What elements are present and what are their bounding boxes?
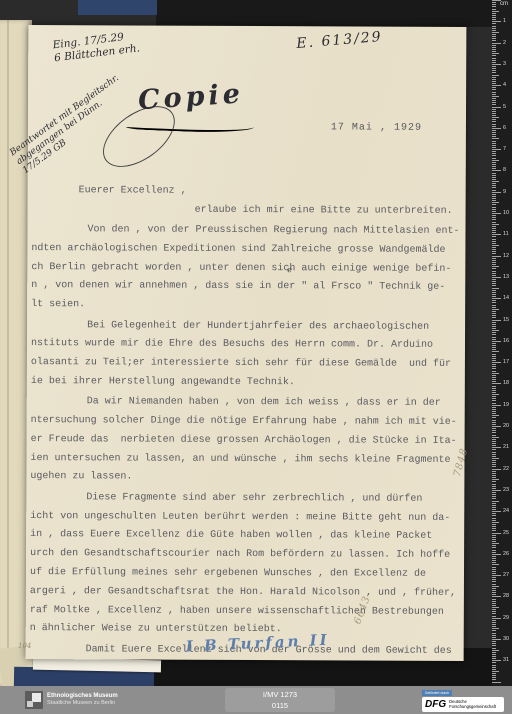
ruler-number: 16 — [503, 338, 509, 344]
ruler-tick — [492, 599, 496, 600]
ruler-tick — [492, 158, 496, 159]
digitization-footer-bar: Ethnologisches Museum Staatliche Museen … — [0, 686, 512, 714]
ruler-tick — [492, 322, 496, 323]
ruler-tick — [492, 501, 499, 502]
ruler-tick — [492, 0, 501, 1]
ruler-tick — [492, 360, 496, 361]
ruler-tick — [492, 620, 496, 621]
ruler-tick — [492, 273, 496, 274]
ruler-tick — [492, 345, 496, 346]
ruler-tick — [492, 43, 501, 44]
ruler-tick — [492, 452, 496, 453]
ruler-tick — [492, 192, 501, 193]
ruler-tick — [492, 275, 496, 276]
ruler-tick — [492, 624, 496, 625]
ruler-number: 25 — [503, 530, 509, 536]
ruler-tick — [492, 590, 496, 591]
ruler-tick — [492, 249, 496, 250]
ruler-tick — [492, 253, 496, 254]
ruler-tick — [492, 368, 496, 369]
ruler-tick — [492, 19, 496, 20]
ruler-number: 22 — [503, 466, 509, 472]
ruler-number: 7 — [503, 146, 506, 152]
ruler-tick — [492, 526, 496, 527]
ruler-tick — [492, 641, 496, 642]
ruler-number: 20 — [503, 423, 509, 429]
ruler-tick — [492, 124, 496, 125]
ruler-tick — [492, 47, 496, 48]
letter-line: ndten archäologischen Expeditionen sind … — [31, 240, 463, 261]
funder-prefix-label: Gefördert durch — [422, 690, 452, 696]
ruler-tick — [492, 219, 496, 220]
ruler-tick — [492, 486, 496, 487]
ruler-tick — [492, 239, 496, 240]
ruler-tick — [492, 558, 496, 559]
ruler-tick — [492, 588, 496, 589]
museum-logo-icon — [25, 691, 43, 709]
dfg-name-line2: Forschungsgemeinschaft — [449, 704, 496, 709]
ruler-tick — [492, 400, 496, 401]
ruler-tick — [492, 164, 496, 165]
ruler-tick — [492, 605, 496, 606]
ruler-tick — [492, 202, 499, 203]
letter-body: Euerer Excellenz ,erlaube ich mir eine B… — [30, 182, 464, 661]
ruler-tick — [492, 426, 501, 427]
ruler-tick — [492, 100, 496, 101]
ruler-tick — [492, 234, 501, 235]
ruler-tick — [492, 660, 501, 661]
ruler-tick — [492, 464, 496, 465]
letter-sheet: Eing. 17/5.29 6 Blättchen erh. E. 613/29… — [26, 25, 467, 661]
ruler-tick — [492, 241, 496, 242]
ruler-tick — [492, 215, 496, 216]
ruler-tick — [492, 196, 496, 197]
ruler-tick — [492, 628, 499, 629]
ruler-tick — [492, 366, 496, 367]
shelfmark: I/MV 1273 — [225, 689, 335, 700]
ruler-tick — [492, 665, 496, 666]
ruler-tick — [492, 337, 496, 338]
ruler-tick — [492, 484, 496, 485]
ruler-tick — [492, 343, 496, 344]
ruler-tick — [492, 373, 499, 374]
ruler-tick — [492, 648, 496, 649]
ruler-tick — [492, 633, 496, 634]
ruler-tick — [492, 364, 496, 365]
ruler-tick — [492, 339, 496, 340]
ruler-tick — [492, 17, 496, 18]
ruler-tick — [492, 611, 496, 612]
ruler-tick — [492, 307, 496, 308]
ruler-tick — [492, 505, 496, 506]
letter-line: lt seien. — [31, 296, 463, 317]
ruler-tick — [492, 473, 496, 474]
ruler-tick — [492, 494, 496, 495]
ruler-tick — [492, 187, 496, 188]
ruler-tick — [492, 626, 496, 627]
ruler-tick — [492, 643, 496, 644]
dfg-full-name: Deutsche Forschungsgemeinschaft — [449, 700, 496, 709]
ruler-tick — [492, 268, 496, 269]
institution-subtitle: Staatliche Museen zu Berlin — [47, 700, 118, 707]
ruler-tick — [492, 285, 496, 286]
ruler-tick — [492, 111, 496, 112]
ruler-tick — [492, 443, 496, 444]
ruler-tick — [492, 262, 496, 263]
ruler-tick — [492, 232, 496, 233]
letter-line: ch Berlin gebracht worden , unter denen … — [31, 259, 463, 280]
ruler-tick — [492, 190, 496, 191]
letter-date: 17 Mai , 1929 — [331, 122, 422, 133]
ruler-tick — [492, 34, 496, 35]
ruler-tick — [492, 36, 496, 37]
ruler-tick — [492, 251, 496, 252]
ruler-tick — [492, 305, 496, 306]
letter-line: icht von ungeschulten Leuten berührt wer… — [30, 508, 462, 529]
ruler-tick — [492, 430, 496, 431]
ruler-tick — [492, 153, 496, 154]
ruler-tick — [492, 302, 496, 303]
ruler-tick — [492, 518, 496, 519]
ruler-tick — [492, 424, 496, 425]
ruler-tick — [492, 398, 496, 399]
ruler-tick — [492, 435, 496, 436]
ruler-tick — [492, 324, 496, 325]
ruler-tick — [492, 347, 496, 348]
ruler-tick — [492, 94, 496, 95]
letter-line: Euerer Excellenz , — [79, 182, 464, 202]
letter-line: ie bei ihrer Herstellung angewandte Tech… — [31, 373, 463, 394]
ruler-tick — [492, 613, 496, 614]
ruler-tick — [492, 334, 496, 335]
ruler-tick — [492, 411, 496, 412]
letter-line: Bei Gelegenheit der Hundertjahrfeier des… — [87, 317, 463, 337]
ruler-tick — [492, 522, 499, 523]
ruler-tick — [492, 616, 496, 617]
ruler-tick — [492, 652, 496, 653]
ruler-tick — [492, 635, 496, 636]
ruler-tick — [492, 53, 499, 54]
letter-line: nstituts wurde mir die Ehre des Besuchs … — [31, 335, 463, 356]
ruler-tick — [492, 358, 496, 359]
ruler-tick — [492, 449, 496, 450]
ruler-tick — [492, 609, 496, 610]
ruler-number: 6 — [503, 125, 506, 131]
ruler-tick — [492, 260, 496, 261]
ruler-tick — [492, 405, 501, 406]
ruler-tick — [492, 166, 496, 167]
ruler-tick — [492, 271, 496, 272]
ruler-tick — [492, 456, 496, 457]
ruler-tick — [492, 126, 496, 127]
handwritten-file-number: E. 613/29 — [296, 29, 383, 52]
ruler-tick — [492, 371, 496, 372]
ruler-tick — [492, 11, 499, 12]
ruler-tick — [492, 315, 496, 316]
dfg-acronym: DFG — [425, 700, 446, 710]
ruler-tick — [492, 535, 496, 536]
ruler-tick — [492, 454, 496, 455]
ruler-tick — [492, 386, 496, 387]
ruler-tick — [492, 222, 496, 223]
ruler-tick — [492, 266, 499, 267]
ruler-tick — [492, 682, 501, 683]
scan-page-number: 0115 — [225, 700, 335, 711]
ruler-tick — [492, 415, 499, 416]
letter-line: Von den , von der Preussischen Regierung… — [87, 221, 463, 241]
ruler-tick — [492, 294, 496, 295]
ruler-tick — [492, 362, 501, 363]
ruler-tick — [492, 509, 496, 510]
blue-folder-tab — [78, 0, 157, 15]
ruler-tick — [492, 147, 496, 148]
ruler-tick — [492, 177, 496, 178]
ruler-number: 19 — [503, 402, 509, 408]
ruler-tick — [492, 45, 496, 46]
ruler-tick — [492, 279, 496, 280]
ruler-tick — [492, 15, 496, 16]
ruler-tick — [492, 662, 496, 663]
ruler-tick — [492, 420, 496, 421]
ruler-tick — [492, 422, 496, 423]
ruler-tick — [492, 200, 496, 201]
ruler-tick — [492, 669, 496, 670]
ruler-number: 9 — [503, 189, 506, 195]
ruler-tick — [492, 181, 499, 182]
letter-line: urch den Gesandtschaftscourier nach Rom … — [30, 545, 462, 566]
letter-line: in , dass Euere Excellenz die Güte haben… — [30, 526, 462, 547]
ruler-tick — [492, 40, 496, 41]
letter-line: raf Moltke , Excellenz , haben unsere wi… — [30, 602, 462, 623]
ruler-tick — [492, 170, 501, 171]
ruler-tick — [492, 460, 496, 461]
ruler-tick — [492, 677, 496, 678]
ruler-tick — [492, 309, 499, 310]
ruler-tick — [492, 601, 496, 602]
ruler-number: 27 — [503, 572, 509, 578]
ruler-tick — [492, 409, 496, 410]
ruler-tick — [492, 224, 499, 225]
ruler-tick — [492, 550, 496, 551]
ruler-tick — [492, 432, 496, 433]
ruler-tick — [492, 390, 496, 391]
ruler-tick — [492, 298, 501, 299]
ruler-number: 10 — [503, 210, 509, 216]
ruler-tick — [492, 62, 496, 63]
ruler-tick — [492, 55, 496, 56]
ruler-tick — [492, 173, 496, 174]
ruler-tick — [492, 162, 496, 163]
ruler-tick — [492, 113, 496, 114]
ruler-number: 14 — [503, 295, 509, 301]
ruler-tick — [492, 58, 496, 59]
ruler-tick — [492, 584, 496, 585]
ruler-tick — [492, 428, 496, 429]
ruler-number: 17 — [503, 359, 509, 365]
handwritten-received-note: Eing. 17/5.29 6 Blättchen erh. — [52, 29, 141, 65]
ruler-tick — [492, 375, 496, 376]
ruler-tick — [492, 213, 501, 214]
ruler-tick — [492, 579, 496, 580]
ruler-number: 29 — [503, 615, 509, 621]
ruler-tick — [492, 258, 496, 259]
ruler-tick — [492, 70, 496, 71]
ruler-number: 30 — [503, 636, 509, 642]
ruler-tick — [492, 155, 496, 156]
ruler-tick — [492, 441, 496, 442]
ruler-tick — [492, 498, 496, 499]
ruler-tick — [492, 236, 496, 237]
cm-ruler: cm 1234567891011121314151617181920212223… — [492, 0, 512, 686]
ruler-number: 23 — [503, 487, 509, 493]
letter-line: argeri , der Gesandtschaftsrat the Hon. … — [30, 583, 462, 604]
ruler-tick — [492, 554, 501, 555]
ruler-tick — [492, 83, 496, 84]
ruler-tick — [492, 60, 496, 61]
ruler-number: 26 — [503, 551, 509, 557]
ruler-tick — [492, 21, 501, 22]
ruler-tick — [492, 520, 496, 521]
museum-branding: Ethnologisches Museum Staatliche Museen … — [25, 691, 118, 709]
ruler-tick — [492, 492, 496, 493]
ruler-number: 28 — [503, 593, 509, 599]
ruler-tick — [492, 283, 496, 284]
ruler-tick — [492, 198, 496, 199]
ruler-tick — [492, 247, 496, 248]
letter-line: Da wir Niemanden haben , von dem ich wei… — [87, 394, 463, 414]
ruler-tick — [492, 320, 501, 321]
ruler-tick — [492, 537, 496, 538]
ruler-tick — [492, 98, 496, 99]
ruler-tick — [492, 571, 496, 572]
ruler-tick — [492, 141, 496, 142]
ruler-tick — [492, 209, 496, 210]
ruler-number: 12 — [503, 253, 509, 259]
letter-line: uf die Erfüllung meines sehr ergebenen W… — [30, 564, 462, 585]
ruler-tick — [492, 383, 501, 384]
ruler-tick — [492, 586, 499, 587]
ruler-tick — [492, 317, 496, 318]
ruler-tick — [492, 654, 496, 655]
ruler-tick — [492, 413, 496, 414]
funder-branding: Gefördert durch DFG Deutsche Forschungsg… — [422, 690, 504, 712]
ruler-tick — [492, 145, 496, 146]
ruler-tick — [492, 217, 496, 218]
ruler-tick — [492, 211, 496, 212]
ruler-tick — [492, 264, 496, 265]
ruler-tick — [492, 117, 499, 118]
ruler-tick — [492, 388, 496, 389]
ruler-tick — [492, 2, 496, 3]
ruler-tick — [492, 277, 501, 278]
institution-name: Ethnologisches Museum — [47, 693, 118, 700]
ruler-tick — [492, 447, 501, 448]
ruler-tick — [492, 149, 501, 150]
ruler-tick — [492, 128, 501, 129]
ruler-tick — [492, 30, 496, 31]
ruler-tick — [492, 445, 496, 446]
ruler-tick — [492, 594, 496, 595]
ruler-tick — [492, 341, 501, 342]
ruler-tick — [492, 349, 496, 350]
ruler-tick — [492, 622, 496, 623]
ruler-tick — [492, 290, 496, 291]
ruler-tick — [492, 6, 496, 7]
ruler-number: 13 — [503, 274, 509, 280]
letter-line: olasanti zu Teil;er interessierte sich s… — [31, 354, 463, 375]
ruler-tick — [492, 68, 496, 69]
ruler-tick — [492, 543, 499, 544]
ruler-tick — [492, 328, 496, 329]
ruler-tick — [492, 313, 496, 314]
handwritten-correction: e — [287, 265, 292, 274]
ruler-tick — [492, 458, 499, 459]
ruler-tick — [492, 618, 501, 619]
ruler-tick — [492, 121, 496, 122]
ruler-tick — [492, 332, 496, 333]
ruler-tick — [492, 552, 496, 553]
letter-line: ien untersuchen zu lassen, an und wünsch… — [30, 450, 462, 471]
ruler-tick — [492, 650, 499, 651]
ruler-tick — [492, 75, 499, 76]
ruler-tick — [492, 639, 501, 640]
letter-line: ugehen zu lassen. — [30, 469, 462, 490]
ruler-tick — [492, 481, 496, 482]
ruler-number: 18 — [503, 380, 509, 386]
ruler-tick — [492, 89, 496, 90]
ruler-tick — [492, 673, 496, 674]
pencil-note-corner: 104 — [18, 642, 31, 650]
ruler-tick — [492, 49, 496, 50]
ruler-number: 31 — [503, 657, 509, 663]
ruler-tick — [492, 381, 496, 382]
ruler-tick — [492, 656, 496, 657]
ruler-tick — [492, 496, 496, 497]
ruler-tick — [492, 179, 496, 180]
letter-line: ntersuchung solcher Dinge die nötige Erf… — [31, 412, 463, 433]
ruler-tick — [492, 547, 496, 548]
ruler-tick — [492, 66, 496, 67]
ruler-tick — [492, 637, 496, 638]
ruler-tick — [492, 407, 496, 408]
ruler-tick — [492, 77, 496, 78]
ruler-tick — [492, 379, 496, 380]
ruler-tick — [492, 439, 496, 440]
ruler-tick — [492, 175, 496, 176]
ruler-tick — [492, 104, 496, 105]
ruler-tick — [492, 513, 496, 514]
ruler-tick — [492, 437, 499, 438]
ruler-tick — [492, 132, 496, 133]
ruler-tick — [492, 392, 496, 393]
ruler-tick — [492, 107, 501, 108]
ruler-tick — [492, 515, 496, 516]
ruler-tick — [492, 490, 501, 491]
ruler-tick — [492, 194, 496, 195]
ruler-tick — [492, 503, 496, 504]
ruler-number: 8 — [503, 167, 506, 173]
background-shadow-top — [156, 0, 496, 27]
letter-line: erlaube ich mir eine Bitte zu unterbreit… — [195, 202, 464, 222]
ruler-tick — [492, 679, 496, 680]
ruler-tick — [492, 671, 499, 672]
ruler-number: 5 — [503, 104, 506, 110]
ruler-tick — [492, 64, 501, 65]
ruler-tick — [492, 9, 496, 10]
ruler-tick — [492, 564, 499, 565]
ruler-tick — [492, 281, 496, 282]
ruler-tick — [492, 511, 501, 512]
